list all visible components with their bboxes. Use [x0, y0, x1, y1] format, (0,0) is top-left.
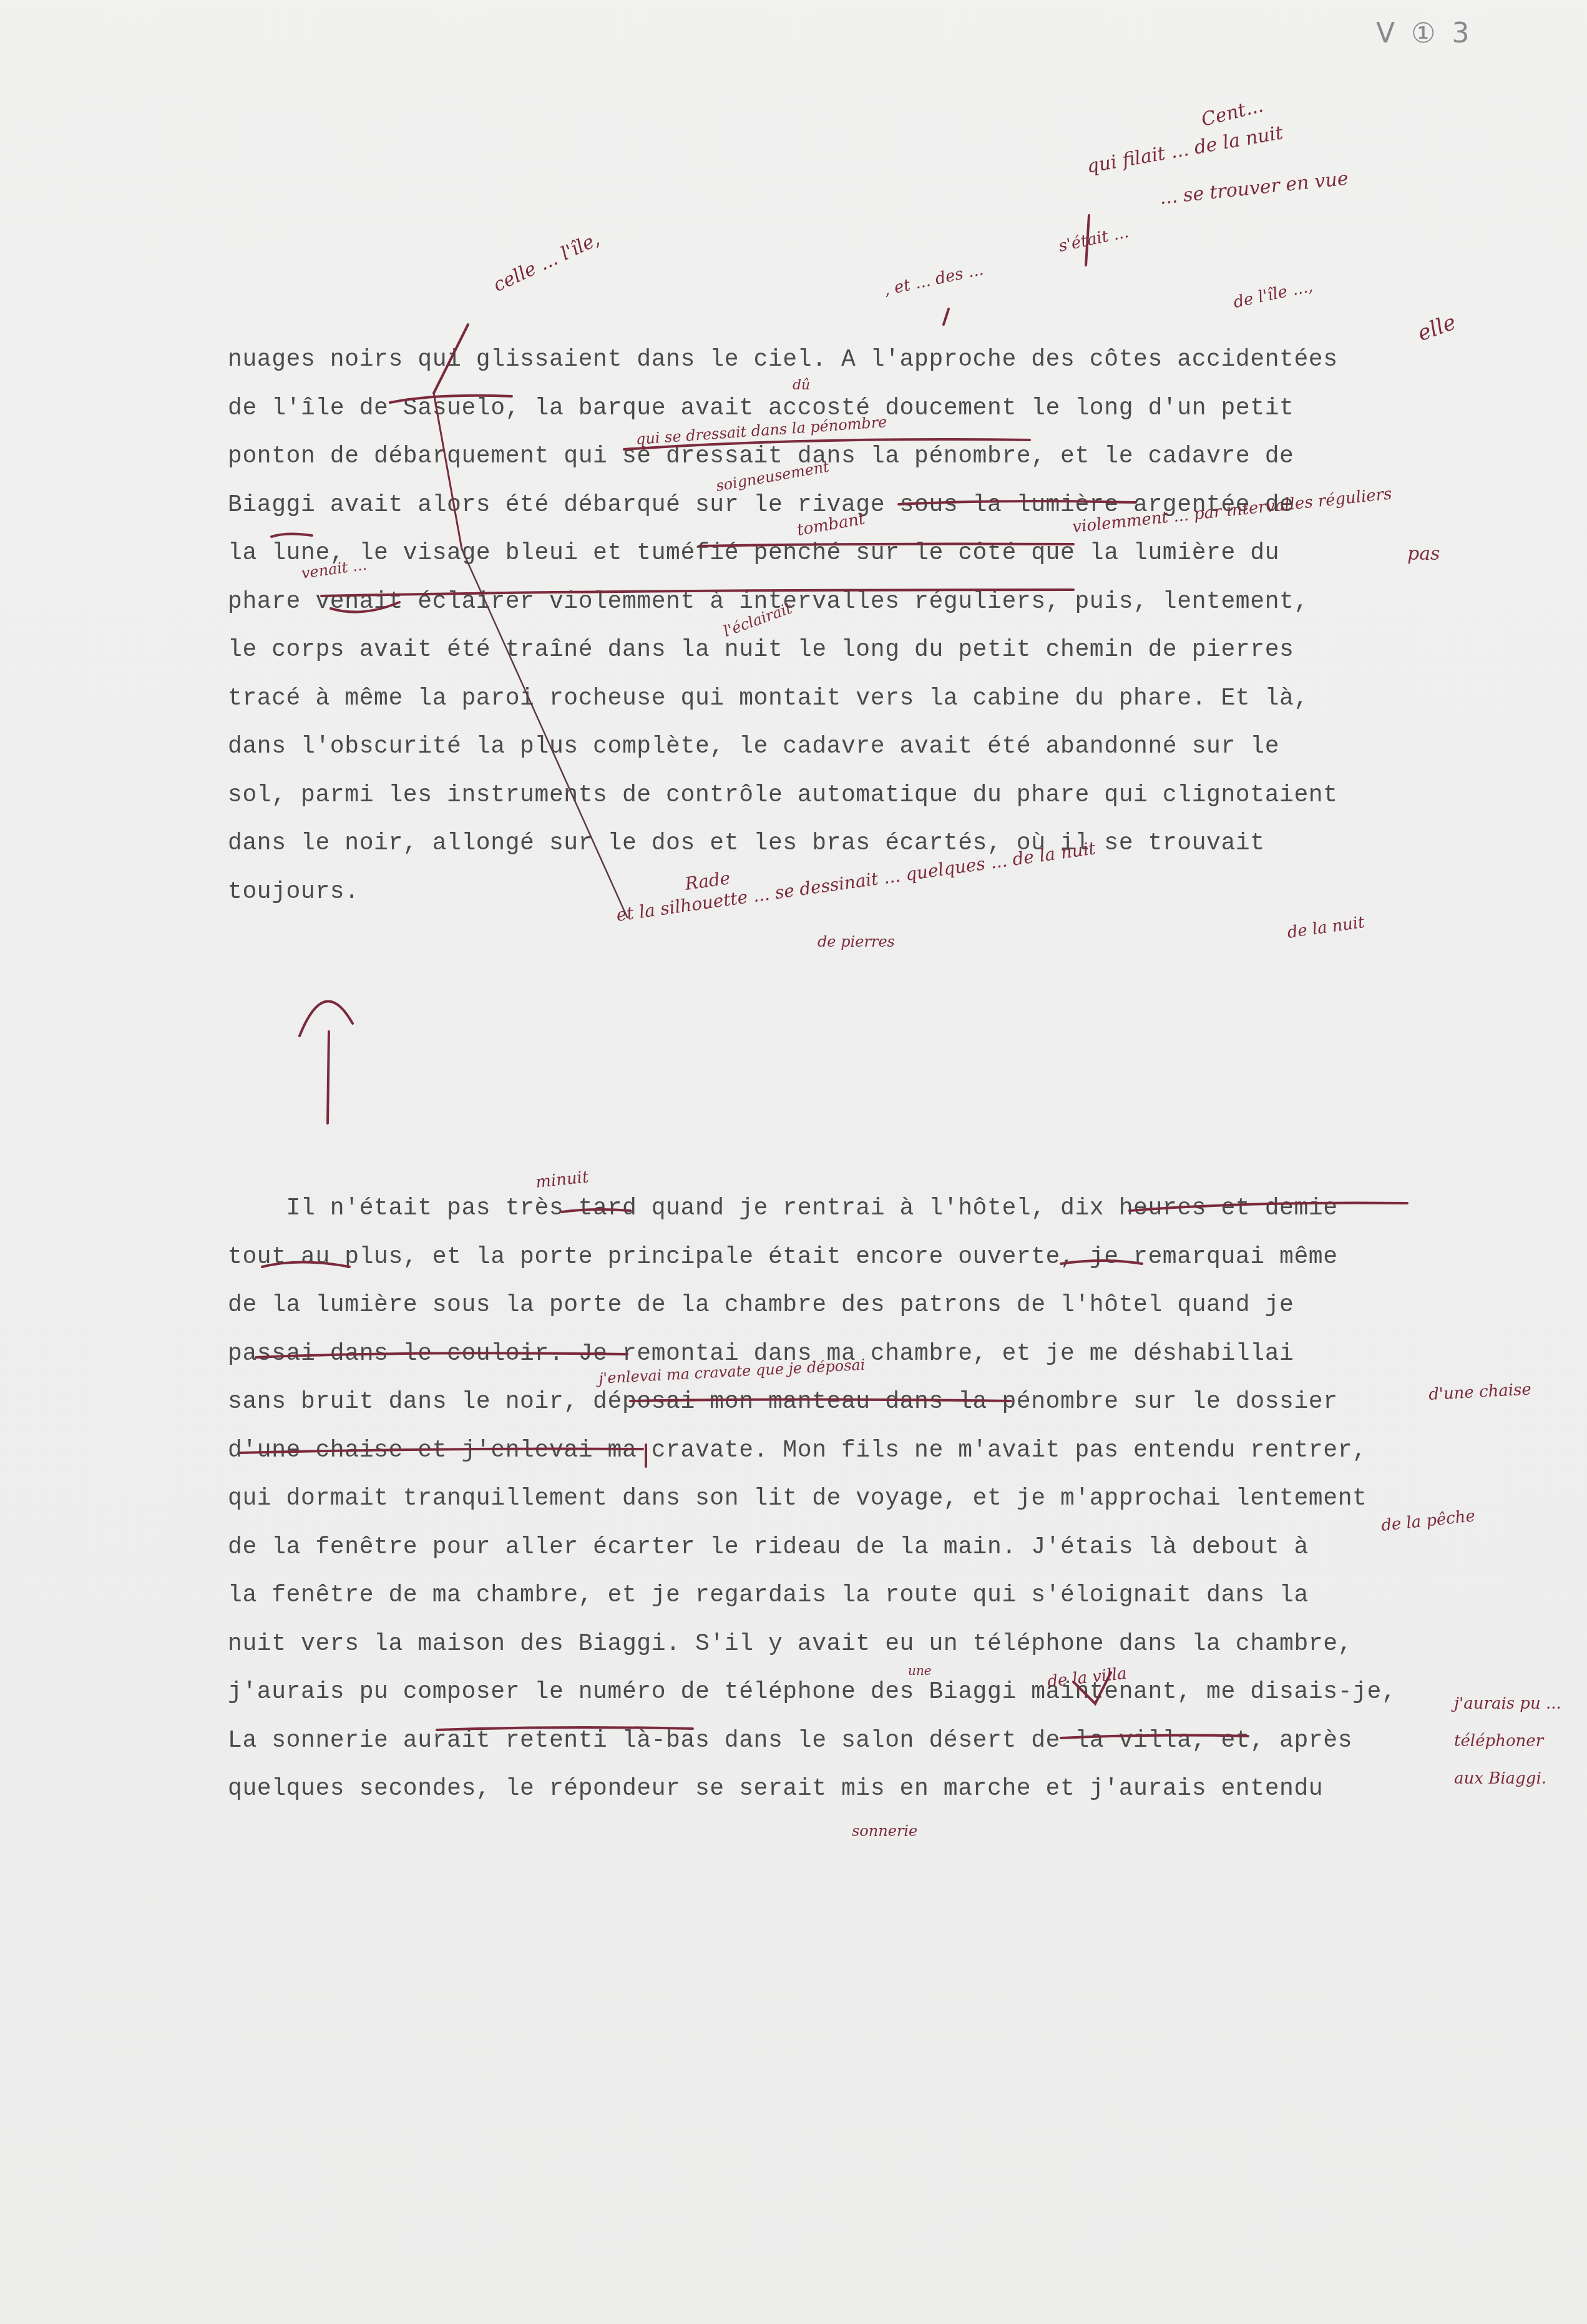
manuscript-page: V ① 3 nuages noirs qui glissaient dans l… — [0, 0, 1587, 2324]
pen-strokes — [0, 0, 1587, 2324]
